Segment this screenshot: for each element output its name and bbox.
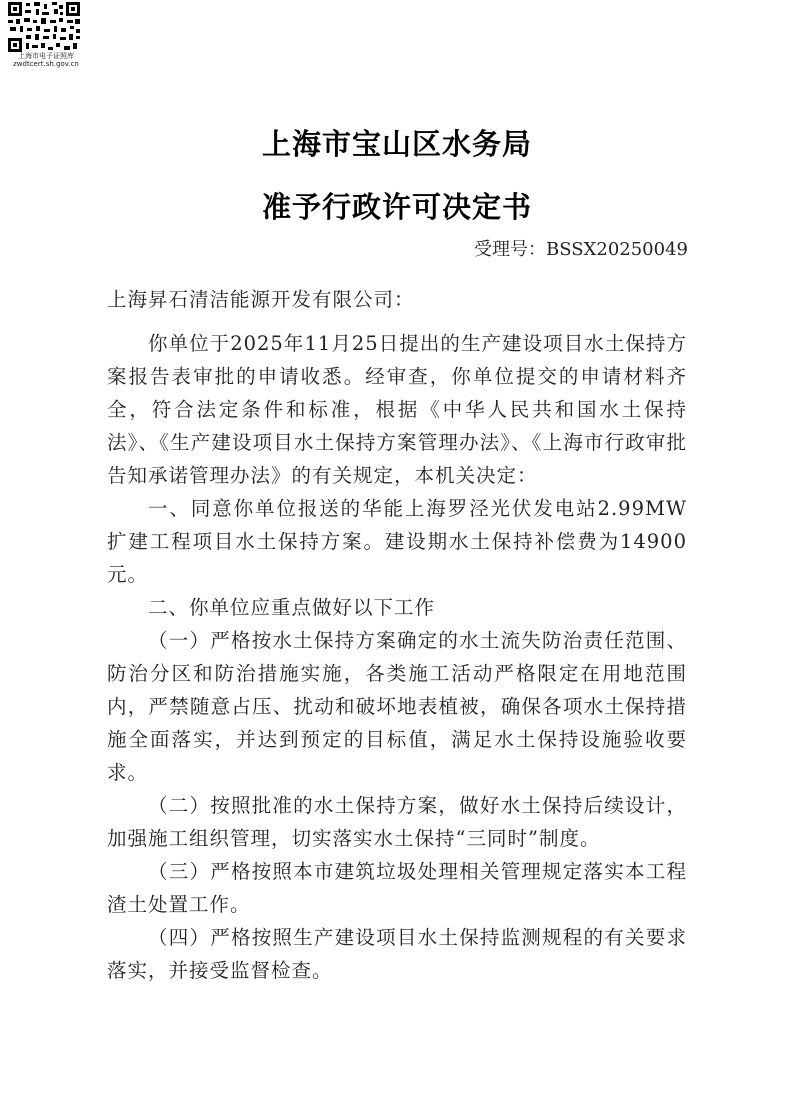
paragraph-requirement-1: （一）严格按水土保持方案确定的水土流失防治责任范围、防治分区和防治措施实施，各类…: [107, 624, 687, 789]
document-title: 准予行政许可决定书: [0, 185, 794, 226]
qr-code: [8, 2, 80, 52]
issuer-title: 上海市宝山区水务局: [0, 122, 794, 163]
case-number-label: 受理号：: [474, 239, 546, 260]
case-number-value: BSSX20250049: [546, 239, 688, 260]
addressee: 上海昇石清洁能源开发有限公司：: [107, 283, 687, 316]
paragraph-requirement-3: （三）严格按照本市建筑垃圾处理相关管理规定落实本工程渣土处置工作。: [107, 855, 687, 921]
paragraph-intro: 你单位于2025年11月25日提出的生产建设项目水土保持方案报告表审批的申请收悉…: [107, 327, 687, 492]
document-body: 上海昇石清洁能源开发有限公司： 你单位于2025年11月25日提出的生产建设项目…: [107, 283, 687, 987]
qr-caption-registry: 上海市电子证照库: [4, 52, 88, 60]
paragraph-decision-1: 一、同意你单位报送的华能上海罗泾光伏发电站2.99MW扩建工程项目水土保持方案。…: [107, 492, 687, 591]
qr-caption-url[interactable]: zwdtcert.sh.gov.cn: [4, 60, 88, 68]
qr-code-icon: [8, 2, 80, 52]
case-number: 受理号：BSSX20250049: [474, 235, 688, 261]
paragraph-decision-2: 二、你单位应重点做好以下工作: [107, 591, 687, 624]
paragraph-requirement-4: （四）严格按照生产建设项目水土保持监测规程的有关要求落实，并接受监督检查。: [107, 921, 687, 987]
paragraph-requirement-2: （二）按照批准的水土保持方案，做好水土保持后续设计，加强施工组织管理，切实落实水…: [107, 789, 687, 855]
